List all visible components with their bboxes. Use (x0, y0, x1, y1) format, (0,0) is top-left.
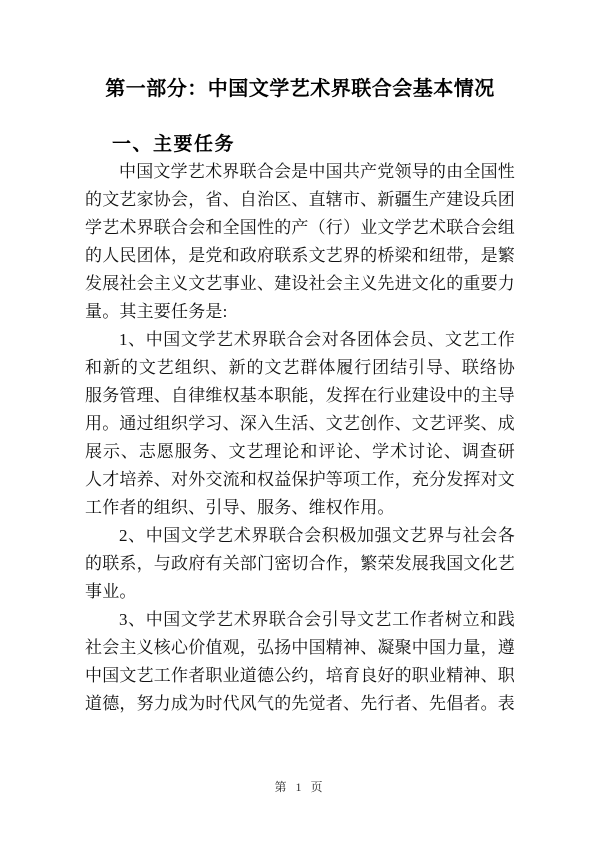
body-line: 中国文学艺术界联合会是中国共产党领导的由全国性 (85, 158, 515, 186)
body-line: 发展社会主义文艺事业、建设社会主义先进文化的重要力 (85, 270, 515, 298)
section-heading: 一、主要任务 (112, 129, 235, 156)
document-title: 第一部分：中国文学艺术界联合会基本情况 (0, 72, 600, 101)
document-page: 第一部分：中国文学艺术界联合会基本情况 一、主要任务 中国文学艺术界联合会是中国… (0, 0, 600, 848)
document-body: 中国文学艺术界联合会是中国共产党领导的由全国性的文艺家协会，省、自治区、直辖市、… (85, 158, 515, 718)
page-footer: 第 1 页 (0, 778, 600, 795)
body-line: 3、中国文学艺术界联合会引导文艺工作者树立和践行 (85, 606, 515, 634)
body-line: 学艺术界联合会和全国性的产（行）业文学艺术联合会组成 (85, 214, 515, 242)
page-number: 第 1 页 (274, 780, 325, 794)
body-line: 用。通过组织学习、深入生活、文艺创作、文艺评奖、成果 (85, 410, 515, 438)
body-line: 的人民团体，是党和政府联系文艺界的桥梁和纽带，是繁荣 (85, 242, 515, 270)
body-line: 道德，努力成为时代风气的先觉者、先行者、先倡者。表彰 (85, 690, 515, 718)
body-line: 1、中国文学艺术界联合会对各团体会员、文艺工作者 (85, 326, 515, 354)
body-line: 的文艺家协会，省、自治区、直辖市、新疆生产建设兵团文 (85, 186, 515, 214)
body-line: 服务管理、自律维权基本职能，发挥在行业建设中的主导作 (85, 382, 515, 410)
body-line: 中国文艺工作者职业道德公约，培育良好的职业精神、职业 (85, 662, 515, 690)
body-line: 人才培养、对外交流和权益保护等项工作，充分发挥对文艺 (85, 466, 515, 494)
body-line: 的联系，与政府有关部门密切合作，繁荣发展我国文化艺术 (85, 550, 515, 578)
body-line: 展示、志愿服务、文艺理论和评论、学术讨论、调查研究、 (85, 438, 515, 466)
body-line: 量。其主要任务是: (85, 298, 515, 326)
body-line: 和新的文艺组织、新的文艺群体履行团结引导、联络协调、 (85, 354, 515, 382)
body-line: 事业。 (85, 578, 515, 606)
body-line: 社会主义核心价值观，弘扬中国精神、凝聚中国力量，遵守 (85, 634, 515, 662)
body-line: 工作者的组织、引导、服务、维权作用。 (85, 494, 515, 522)
body-line: 2、中国文学艺术界联合会积极加强文艺界与社会各界 (85, 522, 515, 550)
